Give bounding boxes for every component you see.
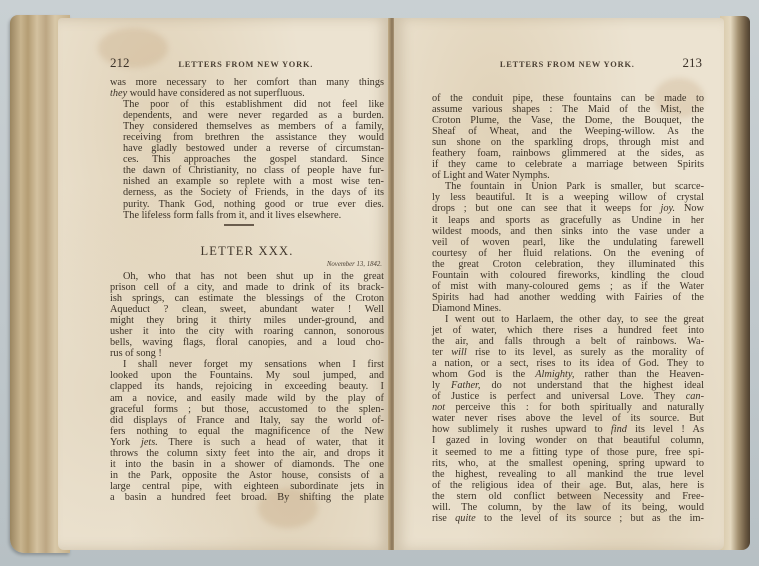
italic-text: can-	[686, 391, 704, 402]
text-line: the air, and falls through a belt of rai…	[432, 336, 704, 347]
text-line: a nation, or a sect, rises to its idea o…	[432, 358, 704, 369]
dateline: November 13, 1842.	[110, 261, 382, 268]
text-line: Croton Plume, the Vase, the Dome, the Bo…	[432, 115, 704, 126]
text-line: The fountain in Union Park is smaller, b…	[432, 181, 704, 192]
left-page: 212 LETTERS FROM NEW YORK. was more nece…	[58, 18, 390, 550]
text-line: wildest moods, and then sinks into the v…	[432, 226, 704, 237]
letter-heading: LETTER XXX.	[110, 244, 384, 259]
text-line: how sublimely it rushes upward to find i…	[432, 424, 704, 435]
page-number-left: 212	[110, 55, 130, 71]
text-span: how sublimely it rushes upward to	[432, 424, 611, 435]
text-line: of Justice is perfect and universal Love…	[432, 391, 704, 402]
italic-text: Almighty,	[535, 369, 574, 380]
text-span: Now	[675, 203, 704, 214]
text-line: graceful forms ; but those, accustomed t…	[110, 404, 384, 415]
text-line: purity. Thank God, nothing good or true …	[110, 199, 384, 210]
italic-text: quite	[455, 513, 476, 524]
running-head-title: LETTERS FROM NEW YORK.	[500, 60, 635, 69]
text-span: ly	[432, 380, 451, 391]
text-line: receiving from brethren the assistance t…	[110, 132, 384, 143]
page-number-right: 213	[683, 55, 703, 71]
text-line: have gladly bestowed under a reverse of …	[110, 143, 384, 154]
text-line: might they bring it thirty miles under-g…	[110, 315, 384, 326]
text-line: rise quite to the level of its source ; …	[432, 513, 704, 524]
text-span: do not understand that the highest ideal	[481, 380, 705, 391]
text-line: clapped its hands, rejoicing in exceedin…	[110, 381, 384, 392]
text-span: There is such a head of water, that it	[158, 437, 384, 448]
text-line: dependents, and were never regarded as a…	[110, 110, 384, 121]
text-line: of Light and Water Nymphs.	[432, 170, 704, 181]
text-line: fers nothing to equal the magnificence o…	[110, 426, 384, 437]
text-line: Oh, who that has not been shut up in the…	[110, 271, 384, 282]
text-line: whom God is the Almighty, rather than th…	[432, 369, 704, 380]
text-line: They considered themselves as members of…	[110, 121, 384, 132]
text-line: Sheaf of Wheat, and the Weeping-willow. …	[432, 126, 704, 137]
left-page-body-top: was more necessary to her comfort than m…	[110, 77, 384, 221]
paragraph: of the conduit pipe, these fountains can…	[432, 93, 704, 181]
text-line: the great Croton celebration, they illum…	[432, 259, 704, 270]
text-line: looked upon the Fountains. My soul jumpe…	[110, 370, 384, 381]
right-page-body: of the conduit pipe, these fountains can…	[432, 93, 704, 524]
text-line: assume various shapes : The Maid of the …	[432, 104, 704, 115]
text-line: if they came to celebrate a marriage bet…	[432, 159, 704, 170]
text-line: derness, as the Society of Friends, in t…	[110, 187, 384, 198]
paragraph: The fountain in Union Park is smaller, b…	[432, 181, 704, 314]
text-line: feathery foam, rainbows glimmered at the…	[432, 148, 704, 159]
text-span: of Justice is perfect and universal Love…	[432, 391, 686, 402]
text-line: I gazed in loving wonder on that beautif…	[432, 435, 704, 446]
text-span: York	[110, 437, 141, 448]
text-line: it leaps and sports as gracefully as Und…	[432, 215, 704, 226]
text-line: I went out to Harlaem, the other day, to…	[432, 314, 704, 325]
text-line: I shall never forget my sensations when …	[110, 359, 384, 370]
italic-text: not	[432, 402, 445, 413]
italic-text: joy.	[661, 203, 676, 214]
text-line: drops ; but one can see that it weeps fo…	[432, 203, 704, 214]
text-line: Spirits had had another wedding with Fai…	[432, 292, 704, 303]
text-line: prison cell of a city, and made to drink…	[110, 282, 384, 293]
text-span: would have considered as not superfluous…	[127, 88, 305, 99]
text-line: of the religious idea of their age. But,…	[432, 480, 704, 491]
text-line: ly Father, do not understand that the hi…	[432, 380, 704, 391]
text-line: The lifeless form falls from it, and it …	[110, 210, 384, 221]
text-line: jet of water, which there rises a hundre…	[432, 325, 704, 336]
text-line: it into the basin in a shower of diamond…	[110, 459, 384, 470]
text-span: drops ; but one can see that it weeps fo…	[432, 203, 661, 214]
text-line: of the conduit pipe, these fountains can…	[432, 93, 704, 104]
text-span: rise	[432, 513, 455, 524]
text-span: whom God is the	[432, 369, 535, 380]
left-running-head: 212 LETTERS FROM NEW YORK.	[110, 55, 382, 71]
text-line: the dawn of Christianity, no class of pe…	[110, 165, 384, 176]
text-line: ly less beautiful. It is a weeping willo…	[432, 192, 704, 203]
italic-text: they	[110, 88, 127, 99]
paragraph: was more necessary to her comfort than m…	[110, 77, 384, 99]
paragraph: The poor of this establishment did not f…	[110, 99, 384, 221]
right-page: LETTERS FROM NEW YORK. 213 of the condui…	[394, 18, 724, 550]
text-line: they would have considered as not superf…	[110, 88, 384, 99]
text-line: am a novice, and easily made wild by the…	[110, 393, 384, 404]
text-line: nished an example so replete with a most…	[110, 176, 384, 187]
section-divider	[224, 224, 254, 226]
text-line: usher it into the city with roaring cann…	[110, 326, 384, 337]
text-span: rather than the Heaven-	[574, 369, 704, 380]
text-span: to the level of its source ; but as the …	[476, 513, 704, 524]
text-line: York jets. There is such a head of water…	[110, 437, 384, 448]
text-span: perceive this : for both spiritually and…	[445, 402, 704, 413]
text-line: water never rises above the level of its…	[432, 413, 704, 424]
text-line: Diamond Mines.	[432, 303, 704, 314]
text-line: ish springs, can estimate the blessings …	[110, 293, 384, 304]
text-line: will. The column, by the law of its bein…	[432, 502, 704, 513]
text-line: rus of song !	[110, 348, 384, 359]
text-line: ter will rise to its level, as surely as…	[432, 347, 704, 358]
text-line: Aqueduct ? clean, sweet, abundant water …	[110, 304, 384, 315]
text-line: it seemed to me a fitting type of those …	[432, 447, 704, 458]
text-line: in the Park, opposite the Astor house, c…	[110, 470, 384, 481]
text-line: veil of woven pearl, like the undulating…	[432, 237, 704, 248]
italic-text: find	[611, 424, 627, 435]
right-page-block-edges	[720, 16, 750, 550]
italic-text: will	[451, 347, 466, 358]
text-line: the stern old conflict between Necessity…	[432, 491, 704, 502]
text-line: did displays of France and Italy, say th…	[110, 415, 384, 426]
text-line: Fountain with coloured fireworks, kindli…	[432, 270, 704, 281]
text-line: the highest, revealing to all mankind th…	[432, 469, 704, 480]
text-line: The poor of this establishment did not f…	[110, 99, 384, 110]
left-page-body-letter: Oh, who that has not been shut up in the…	[110, 271, 384, 503]
text-line: of mist with many-coloured gems ; as if …	[432, 281, 704, 292]
text-line: rits, who, at the smallest opening, spri…	[432, 458, 704, 469]
open-book: 212 LETTERS FROM NEW YORK. was more nece…	[10, 12, 750, 558]
text-span: ter	[432, 347, 451, 358]
text-line: ces. This approaches the gospel standard…	[110, 154, 384, 165]
text-line: courtesy of her fluid relations. On the …	[432, 248, 704, 259]
text-line: not perceive this : for both spiritually…	[432, 402, 704, 413]
paragraph: I went out to Harlaem, the other day, to…	[432, 314, 704, 524]
text-span: rise to its level, as surely as the mora…	[467, 347, 704, 358]
running-head-title: LETTERS FROM NEW YORK.	[178, 60, 313, 69]
italic-text: Father,	[451, 380, 480, 391]
text-line: sun shone on the sparkling drops, throug…	[432, 137, 704, 148]
italic-text: jets.	[141, 437, 158, 448]
text-line: throws the column sixty feet into the ai…	[110, 448, 384, 459]
text-line: a basin a hundred feet broad. By shiftin…	[110, 492, 384, 503]
text-line: bells, waving flags, floral canopies, an…	[110, 337, 384, 348]
paragraph: I shall never forget my sensations when …	[110, 359, 384, 503]
paragraph: Oh, who that has not been shut up in the…	[110, 271, 384, 359]
text-line: large central pipe, with eighteen subord…	[110, 481, 384, 492]
right-running-head: LETTERS FROM NEW YORK. 213	[432, 55, 702, 71]
text-line: was more necessary to her comfort than m…	[110, 77, 384, 88]
text-span: its level ! As	[627, 424, 704, 435]
